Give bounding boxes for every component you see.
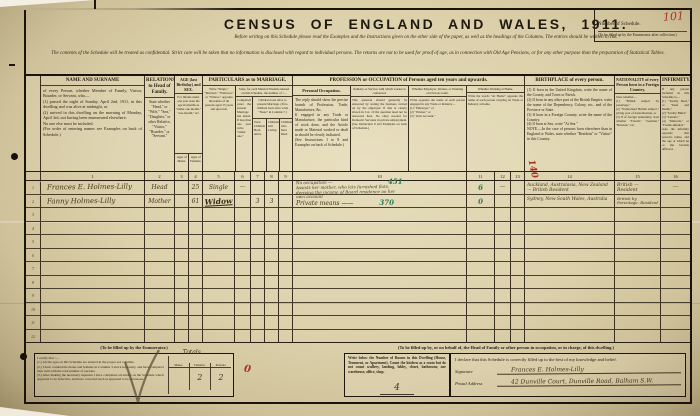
entry-nationality: British by Parentage, Resident <box>614 195 660 208</box>
totals-males-label: Males. <box>169 363 189 367</box>
schedule-number-value: 101 <box>663 9 685 23</box>
hole-punch-dot <box>11 153 18 160</box>
row-number: 9 <box>26 289 40 302</box>
schedule-number-note: (To be filled up by the Enumerator after… <box>598 31 687 37</box>
header-employer-desc: Write opposite the name of each person e… <box>409 97 466 119</box>
row-number: 7 <box>26 262 40 275</box>
entry-relationship: Head <box>144 181 174 194</box>
entry-age-female: 61 <box>188 195 202 208</box>
totals-males-value <box>169 368 189 390</box>
header-at-home-title: Whether Working at Home. <box>467 86 524 93</box>
entry-at-home <box>510 181 524 194</box>
entry-employer <box>494 195 510 208</box>
instruction-line-2: The contents of the Schedule will be tre… <box>34 50 682 57</box>
schedule-number-box: Number of Schedule. (To be filled up by … <box>594 10 690 42</box>
header-years-married: Completed years the present Marriage has… <box>236 97 252 171</box>
schedule-number-label: Number of Schedule. <box>598 22 641 27</box>
header-children-died: Children who have Died. <box>279 119 292 171</box>
entry-infirmity: — <box>661 181 690 194</box>
column-number: 11 <box>466 172 494 180</box>
entry-children-died <box>278 195 292 208</box>
header-employer: Whether Employer, Worker, or Working on … <box>408 86 466 171</box>
entry-name: Frances E. Holmes-Lilly <box>40 180 144 194</box>
column-number: 7 <box>250 172 264 180</box>
entry-children-died <box>278 181 292 194</box>
column-number: 2 <box>144 172 174 180</box>
entry-nationality: British — Resident <box>614 181 660 194</box>
table-row: 5 <box>26 235 690 249</box>
header-age: AGE (last Birthday) and SEX. For Infants… <box>174 76 202 171</box>
header-employer-title: Whether Employer, Worker, or Working on … <box>409 86 466 97</box>
form-header: Number of Schedule. (To be filled up by … <box>26 10 690 76</box>
header-personal-occupation-desc: The reply should show the precise branch… <box>293 96 350 149</box>
column-number: 16 <box>660 172 690 180</box>
entry-age-female: 25 <box>188 181 202 194</box>
header-marriage-group: PARTICULARS as to MARRIAGE. Write "Singl… <box>202 76 292 171</box>
header-name-desc: of every Person, whether Member of Famil… <box>41 86 144 139</box>
entry-birthplace: Sydney, New South Wales, Australia <box>524 195 614 208</box>
header-birthplace-desc: (1) If born in the United Kingdom, write… <box>525 86 614 144</box>
header-age-males: Ages of Males. <box>175 154 188 171</box>
header-personal-occupation-title: Personal Occupation. <box>293 86 350 96</box>
enumerator-certificate-box: I certify that :— (1.) All the ages on t… <box>34 353 234 397</box>
entry-age-male <box>174 195 188 208</box>
column-number: 9 <box>278 172 292 180</box>
header-relationship-title: RELATIONSHIP to Head of Family. <box>145 76 174 98</box>
row-number: 8 <box>26 276 40 289</box>
header-birthplace: BIRTHPLACE of every person. (1) If born … <box>524 76 614 171</box>
header-infirmity-desc: If any person included in this Schedule … <box>661 86 690 152</box>
header-at-home-desc: Write the words "At Home" opposite the n… <box>467 93 524 107</box>
entry-relationship: Mother <box>144 195 174 208</box>
header-age-title: AGE (last Birthday) and SEX. <box>175 76 202 94</box>
column-number: 12 <box>494 172 510 180</box>
rooms-instruction: Write below the Number of Rooms in this … <box>348 356 446 375</box>
header-profession-group: PROFESSION or OCCUPATION of Persons aged… <box>292 76 524 171</box>
header-children-living: Children still Living. <box>266 119 279 171</box>
clerk-occupation-code: 370 <box>379 198 394 207</box>
footer-boxes: I certify that :— (1.) All the ages on t… <box>26 352 690 402</box>
table-row: 6 <box>26 249 690 263</box>
entry-marriage: Single <box>202 181 234 194</box>
edge-tick-mark <box>9 64 15 66</box>
header-marriage-status: Write "Single," "Married," "Widower," or… <box>203 86 235 171</box>
entry-name: Fanny Holmes-Lilly <box>40 194 144 208</box>
header-nationality: NATIONALITY of every Person born in a Fo… <box>614 76 660 171</box>
table-row: 3 <box>26 208 690 222</box>
row-number: 3 <box>26 208 40 221</box>
header-name: NAME AND SURNAME of every Person, whethe… <box>40 76 144 171</box>
entry-employer: — <box>495 181 510 194</box>
head-of-family-caption: (To be filled up by, or on behalf of, th… <box>326 345 686 350</box>
rooms-value: 4 <box>380 383 414 395</box>
row-number: 4 <box>26 222 40 235</box>
table-row: 1 Frances E. Holmes-Lilly Head 25 Single… <box>26 181 690 195</box>
entry-children-living: 3 <box>264 195 278 208</box>
entry-at-home <box>510 195 524 208</box>
postal-address-value: 42 Dunville Court, Dunville Road, Balham… <box>497 377 681 387</box>
row-number: 5 <box>26 235 40 248</box>
footer-captions: (To be filled up by the Enumerator.) (To… <box>26 343 690 352</box>
enumerator-caption: (To be filled up by the Enumerator.) <box>34 345 234 350</box>
row-number: 12 <box>26 330 40 343</box>
totals-table: Totals Males. Females. Persons. 2 2 <box>168 356 231 394</box>
header-age-desc: For Infants under one year state the age… <box>175 94 202 153</box>
row-number: 6 <box>26 249 40 262</box>
rooms-count-box: Write below the Number of Rooms in this … <box>344 353 450 397</box>
header-children-group: Children born alive to present Marriage.… <box>252 97 292 171</box>
entry-children-born <box>250 181 264 194</box>
entry-rows: 1 Frances E. Holmes-Lilly Head 25 Single… <box>26 181 690 343</box>
scan-corner-top-left <box>0 0 95 7</box>
header-relationship-desc: State whether "Head," or "Wife," "Son," … <box>145 98 174 141</box>
census-schedule-scan: Number of Schedule. (To be filled up by … <box>0 0 700 416</box>
entry-children-living <box>264 181 278 194</box>
header-birthplace-title: BIRTHPLACE of every person. <box>525 76 614 86</box>
header-profession-title: PROFESSION or OCCUPATION of Persons aged… <box>293 76 524 86</box>
header-children-born: Total Children Born Alive. <box>253 119 266 171</box>
totals-females-value: 2 <box>189 368 210 390</box>
entry-birthplace: Auckland, Australasia, New Zealand — Bri… <box>524 181 614 194</box>
header-infirmity: INFIRMITY. If any person included in thi… <box>660 76 690 171</box>
column-number: 6 <box>234 172 250 180</box>
header-nationality-title: NATIONALITY of every Person born in a Fo… <box>615 76 660 94</box>
declaration-text: I declare that this Schedule is correctl… <box>455 357 681 362</box>
column-number: 5 <box>202 172 234 180</box>
header-children-desc: Children born alive to present Marriage.… <box>253 97 292 119</box>
certify-text: I certify that :— (1.) All the ages on t… <box>37 356 164 394</box>
entry-occupation: Private means ——370 <box>296 198 394 207</box>
column-number: 4 <box>188 172 202 180</box>
header-relationship: RELATIONSHIP to Head of Family. State wh… <box>144 76 174 171</box>
signature-value: Frances E. Holmes-Lilly <box>497 365 681 375</box>
header-industry-title: Industry or Service with which worker is… <box>351 86 408 97</box>
postal-address-label: Postal Address <box>455 381 497 386</box>
totals-handwritten-label: Totals <box>183 349 201 356</box>
row-number: 10 <box>26 303 40 316</box>
column-number: 8 <box>264 172 278 180</box>
table-row: 8 <box>26 276 690 290</box>
header-marriage-title: PARTICULARS as to MARRIAGE. <box>203 76 292 86</box>
clerk-red-zero: 0 <box>243 364 251 376</box>
column-number <box>26 172 40 180</box>
header-married-woman-group: State, for each Married Woman entered on… <box>235 86 292 171</box>
entry-marriage: Widow <box>203 194 235 209</box>
header-name-title: NAME AND SURNAME <box>41 76 144 86</box>
clerk-occupation-code: 451 <box>388 177 403 186</box>
entry-years-married <box>234 195 250 208</box>
table-row: 12 <box>26 330 690 344</box>
header-personal-occupation: Personal Occupation. The reply should sh… <box>293 86 350 171</box>
declaration-box: I declare that this Schedule is correctl… <box>450 353 686 397</box>
table-header: NAME AND SURNAME of every Person, whethe… <box>26 76 690 172</box>
header-married-woman-desc: State, for each Married Woman entered on… <box>236 86 292 97</box>
table-row: 4 <box>26 222 690 236</box>
scan-corner-bottom-left <box>0 407 70 416</box>
header-industry: Industry or Service with which worker is… <box>350 86 408 171</box>
table-row: 11 <box>26 316 690 330</box>
header-industry-desc: This question should generally be answer… <box>351 97 408 131</box>
signature-label: Signature <box>455 369 497 374</box>
column-number: 1 <box>40 172 144 180</box>
totals-persons-value: 2 <box>210 368 231 390</box>
column-number: 13 <box>510 172 524 180</box>
table-row: 7 <box>26 262 690 276</box>
column-number: 3 <box>174 172 188 180</box>
totals-persons-label: Persons. <box>210 363 231 367</box>
table-row: 9 <box>26 289 690 303</box>
column-number: 15 <box>614 172 660 180</box>
header-nationality-desc: State whether— (1) "British subject by p… <box>615 94 660 128</box>
clerk-industry-code: 6 <box>467 181 494 194</box>
header-age-females: Ages of Females. <box>188 154 202 171</box>
header-at-home: Whether Working at Home. Write the words… <box>466 86 524 171</box>
entry-infirmity <box>660 195 690 208</box>
entry-years-married: — <box>235 181 250 194</box>
entry-age-male <box>174 181 188 194</box>
row-number: 11 <box>26 316 40 329</box>
header-row-number-column <box>26 76 40 171</box>
totals-females-label: Females. <box>189 363 210 367</box>
entry-children-born: 3 <box>250 195 264 208</box>
table-row: 10 <box>26 303 690 317</box>
row-number: 1 <box>26 181 40 194</box>
form-frame: Number of Schedule. (To be filled up by … <box>24 10 692 404</box>
header-infirmity-title: INFIRMITY. <box>661 76 690 86</box>
row-number: 2 <box>26 195 40 208</box>
clerk-industry-code: 0 <box>467 195 494 208</box>
